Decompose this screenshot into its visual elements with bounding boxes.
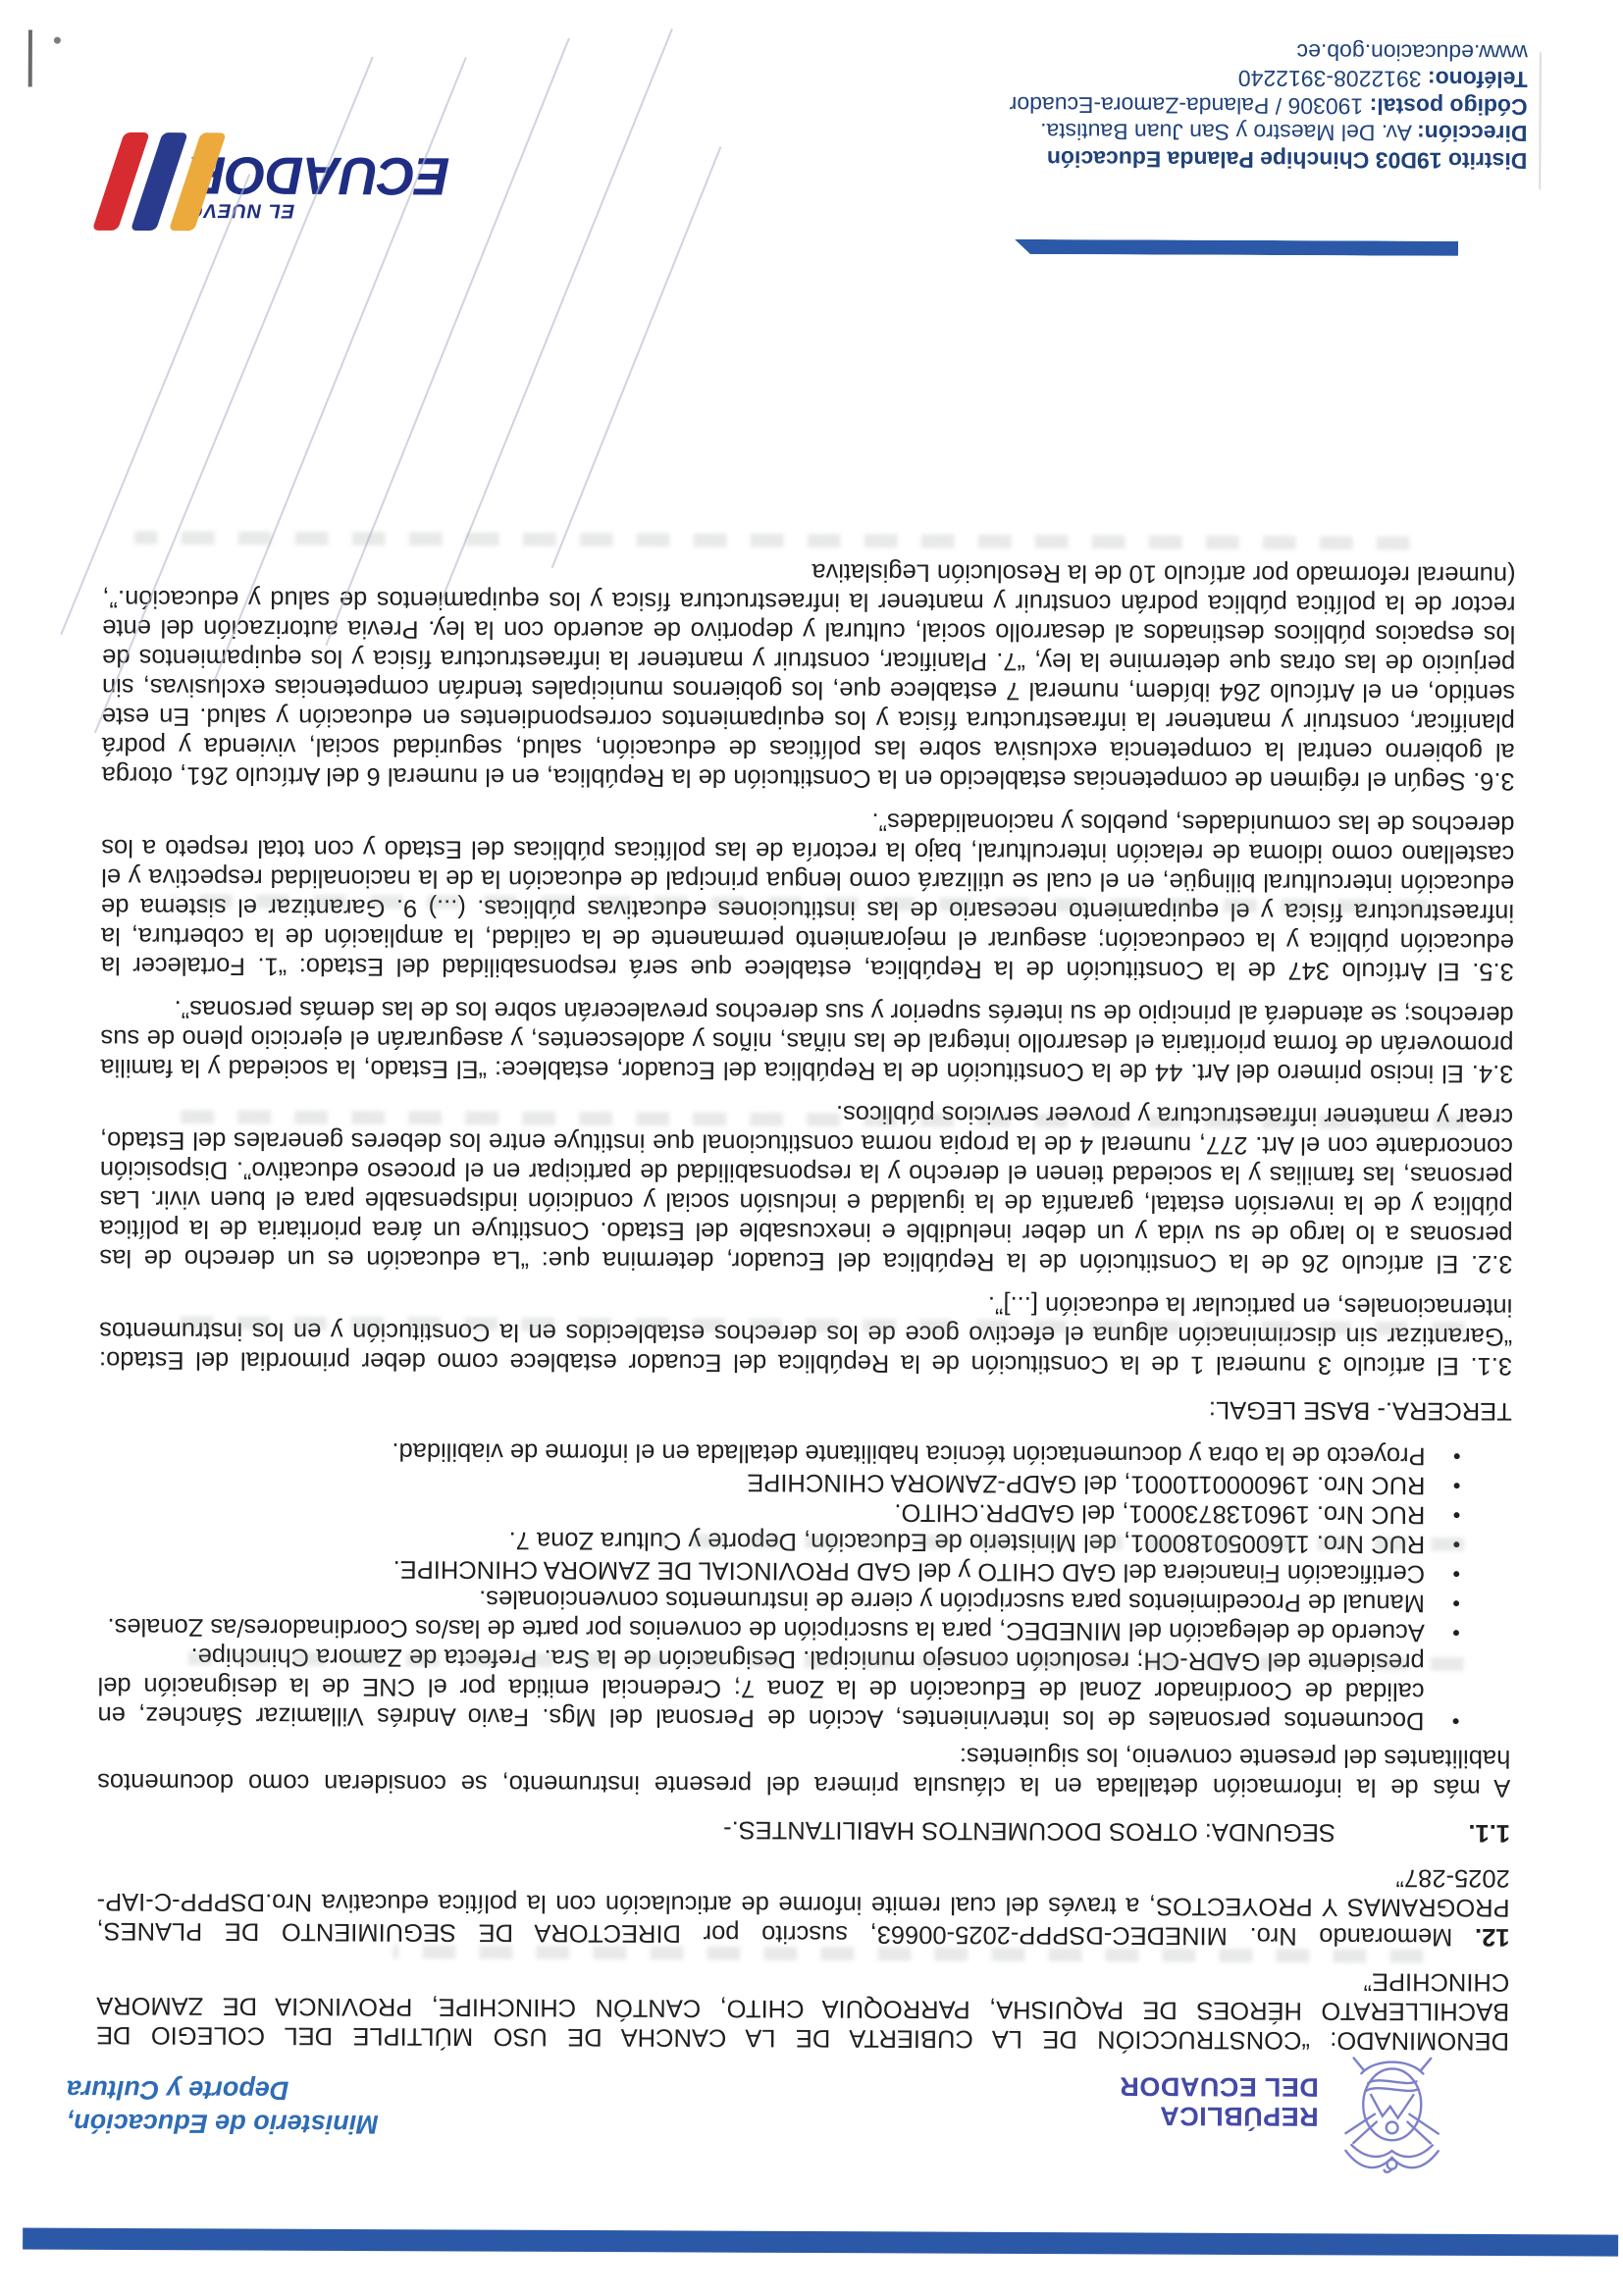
bullet-icon: • bbox=[1425, 1589, 1460, 1618]
list-item: •Acuerdo de delegación del MINEDEC, para… bbox=[98, 1612, 1511, 1647]
clause-3-4: 3.4. El inciso primero del Art. 44 de la… bbox=[100, 994, 1513, 1088]
list-item: •RUC Nro. 1960138730001, del GADPR.CHITO… bbox=[98, 1494, 1511, 1530]
bullet-icon: • bbox=[1425, 1559, 1460, 1589]
republic-line2: DEL ECUADOR bbox=[1120, 2071, 1319, 2102]
coat-of-arms-icon bbox=[1334, 2047, 1450, 2191]
republic-line1: REPÚBLICA bbox=[1120, 2101, 1319, 2131]
document-page: REPÚBLICA DEL ECUADOR Ministerio de Educ… bbox=[0, 0, 1623, 2296]
bullet-icon: • bbox=[1426, 1441, 1461, 1471]
postal-line: Código postal: 190306 / Palanda-Zamora-E… bbox=[1010, 90, 1528, 120]
footer-accent-bar bbox=[1015, 239, 1458, 256]
bullet-icon: • bbox=[1425, 1500, 1460, 1530]
clause-second-label: SEGUNDA: OTROS DOCUMENTOS HABILITANTES.- bbox=[723, 1816, 1335, 1847]
habilitantes-intro: A más de la información detallada en la … bbox=[97, 1738, 1510, 1802]
memo-item-12: 12. Memorando Nro. MINEDEC-DSPPP-2025-00… bbox=[96, 1857, 1509, 1952]
ministry-line2: Deporte y Cultura bbox=[67, 2073, 379, 2108]
phone-line: Teléfono: 3912208-3912240 bbox=[1010, 64, 1528, 93]
clause-3-6: 3.6. Según el régimen de competencias es… bbox=[102, 554, 1516, 796]
list-item: •Manual de Procedimientos para suscripci… bbox=[98, 1583, 1511, 1618]
list-item: •Certificación Financiera del GAD CHITO … bbox=[98, 1553, 1511, 1589]
tercera-heading: TERCERA.- BASE LEGAL: bbox=[99, 1390, 1512, 1426]
scan-edge-mark bbox=[28, 30, 32, 87]
rotated-sheet: REPÚBLICA DEL ECUADOR Ministerio de Educ… bbox=[0, 0, 1623, 2296]
logo-ecuador-text: ECUADOR bbox=[188, 144, 449, 206]
memo-item-number: 12. bbox=[1475, 1923, 1510, 1951]
el-nuevo-ecuador-logo: EL NUEVO ECUADOR bbox=[77, 98, 450, 223]
ministry-title: Ministerio de Educación, Deporte y Cultu… bbox=[67, 2073, 379, 2141]
website-line: www.educacion.gob.ec bbox=[1010, 36, 1528, 66]
legal-clauses: 3.1. El artículo 3 numeral 1 de la Const… bbox=[99, 554, 1516, 1381]
scan-dot-mark bbox=[54, 37, 61, 44]
scan-edge-line bbox=[1539, 52, 1542, 189]
district-line: Distrito 19D03 Chinchipe Palanda Educaci… bbox=[1009, 144, 1527, 174]
list-item: •RUC Nro. 1960000110001, del GADP-ZAMORA… bbox=[98, 1465, 1511, 1500]
memo-item-text: Memorando Nro. MINEDEC-DSPPP-2025-00663,… bbox=[96, 1864, 1509, 1951]
republic-title: REPÚBLICA DEL ECUADOR bbox=[1120, 2071, 1319, 2131]
flag-stripes-icon bbox=[95, 132, 210, 232]
list-item: •Proyecto de la obra y documentación téc… bbox=[99, 1435, 1512, 1471]
clause-second-number: 1.1. bbox=[1335, 1817, 1510, 1848]
document-body: DENOMINADO: “CONSTRUCCIÓN DE LA CUBIERTA… bbox=[96, 541, 1516, 2056]
header-accent-bar bbox=[23, 2228, 1618, 2257]
clause-second-heading: 1.1.SEGUNDA: OTROS DOCUMENTOS HABILITANT… bbox=[97, 1812, 1510, 1848]
ministry-line1: Ministerio de Educación, bbox=[67, 2107, 379, 2141]
footer-contact: Distrito 19D03 Chinchipe Palanda Educaci… bbox=[1009, 36, 1528, 174]
scanned-page: REPÚBLICA DEL ECUADOR Ministerio de Educ… bbox=[0, 0, 1623, 2296]
address-line: Dirección: Av. Del Maestro y San Juan Ba… bbox=[1010, 118, 1528, 147]
project-title: DENOMINADO: “CONSTRUCCIÓN DE LA CUBIERTA… bbox=[96, 1961, 1509, 2056]
habilitantes-list: •Documentos personales de los intervinie… bbox=[97, 1435, 1511, 1736]
bullet-icon: • bbox=[1425, 1471, 1460, 1500]
bullet-icon: • bbox=[1425, 1618, 1460, 1647]
